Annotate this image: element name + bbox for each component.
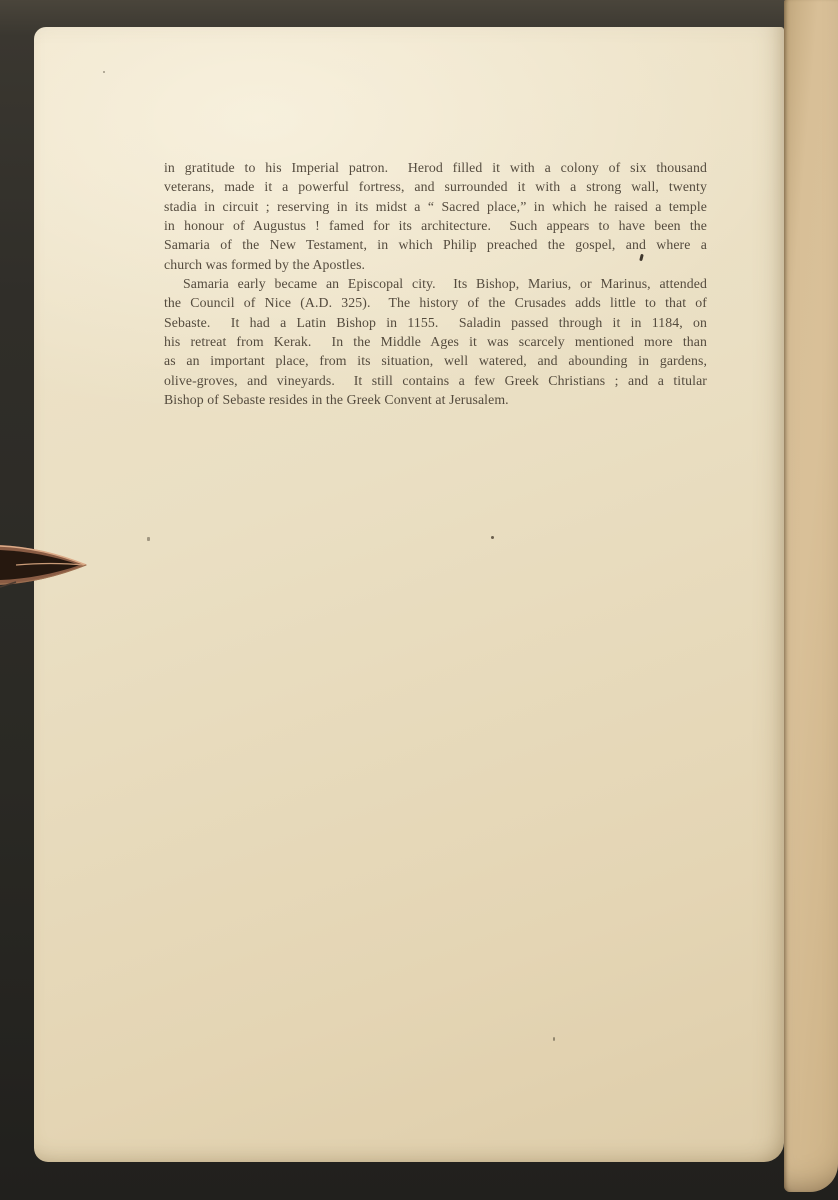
text-line: in gratitude to his Imperial patron. Her… [164,158,707,177]
ink-speck [147,537,150,541]
text-line: olive-groves, and vineyards. It still co… [164,371,707,390]
text-line: stadia in circuit ; reserving in its mid… [164,197,707,216]
text-line: his retreat from Kerak. In the Middle Ag… [164,332,707,351]
text-line: Samaria of the New Testament, in which P… [164,235,707,254]
text-line: Samaria early became an Episcopal city. … [164,274,707,293]
photo-background: in gratitude to his Imperial patron. Her… [0,0,838,1200]
text-line: Bishop of Sebaste resides in the Greek C… [164,390,707,409]
book-page: in gratitude to his Imperial patron. Her… [34,27,784,1162]
ink-speck [553,1037,555,1041]
text-line: veterans, made it a powerful fortress, a… [164,177,707,196]
metal-clasp-icon [0,540,90,590]
book-fore-edge [784,0,838,1192]
text-line: Sebaste. It had a Latin Bishop in 1155. … [164,313,707,332]
text-line: as an important place, from its situatio… [164,351,707,370]
text-line: church was formed by the Apostles. [164,255,707,274]
ink-speck [491,536,494,539]
ink-speck [103,71,105,73]
text-line: the Council of Nice (A.D. 325). The hist… [164,293,707,312]
page-text-block: in gratitude to his Imperial patron. Her… [164,158,707,409]
text-line: in honour of Augustus ! famed for its ar… [164,216,707,235]
